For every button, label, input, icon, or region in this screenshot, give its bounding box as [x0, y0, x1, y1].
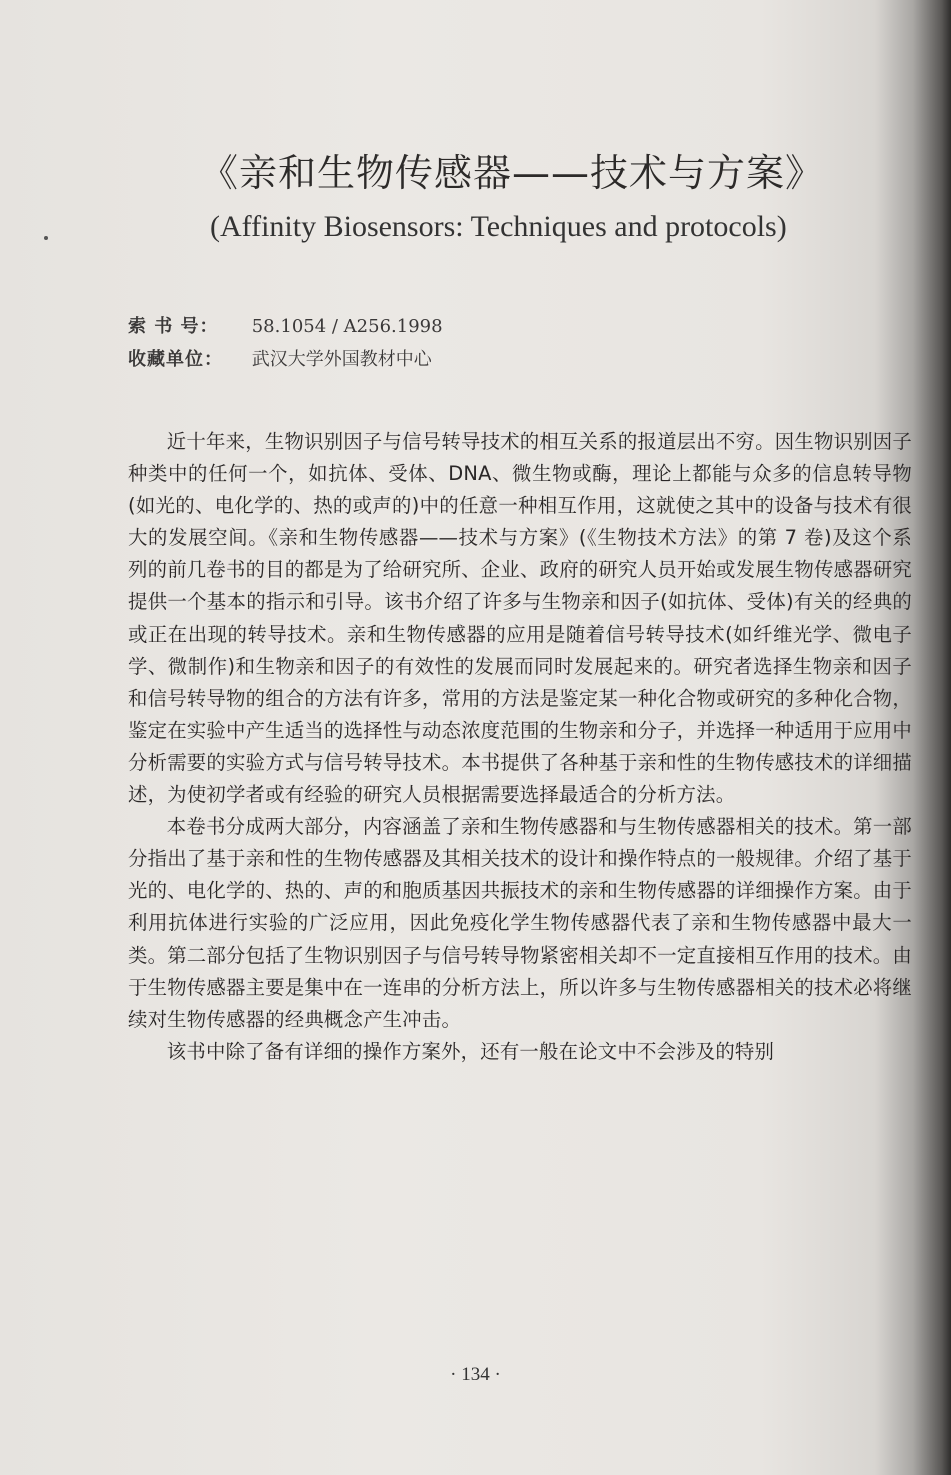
book-title-chinese: 《亲和生物传感器——技术与方案》	[200, 142, 860, 197]
call-number-label: 索 书 号：	[128, 312, 246, 338]
paragraph-2: 本卷书分成两大部分，内容涵盖了亲和生物传感器和与生物传感器相关的技术。第一部分指…	[128, 811, 912, 1036]
stray-dot-mark	[44, 236, 48, 240]
holding-institution-label: 收藏单位：	[128, 345, 246, 371]
page-number: · 134 ·	[0, 1364, 951, 1386]
paragraph-1: 近十年来，生物识别因子与信号转导技术的相互关系的报道层出不穷。因生物识别因子种类…	[128, 426, 912, 811]
holding-institution-value: 武汉大学外国教材中心	[252, 349, 432, 370]
call-number-value: 58.1054 / A256.1998	[252, 316, 443, 337]
body-text: 近十年来，生物识别因子与信号转导技术的相互关系的报道层出不穷。因生物识别因子种类…	[128, 426, 912, 1068]
call-number-row: 索 书 号： 58.1054 / A256.1998	[128, 312, 443, 338]
book-title-english: (Affinity Biosensors: Techniques and pro…	[210, 210, 850, 244]
holding-institution-row: 收藏单位： 武汉大学外国教材中心	[128, 345, 432, 371]
scanned-book-page: 《亲和生物传感器——技术与方案》 (Affinity Biosensors: T…	[0, 0, 951, 1475]
paragraph-3: 该书中除了备有详细的操作方案外，还有一般在论文中不会涉及的特别	[128, 1036, 912, 1068]
